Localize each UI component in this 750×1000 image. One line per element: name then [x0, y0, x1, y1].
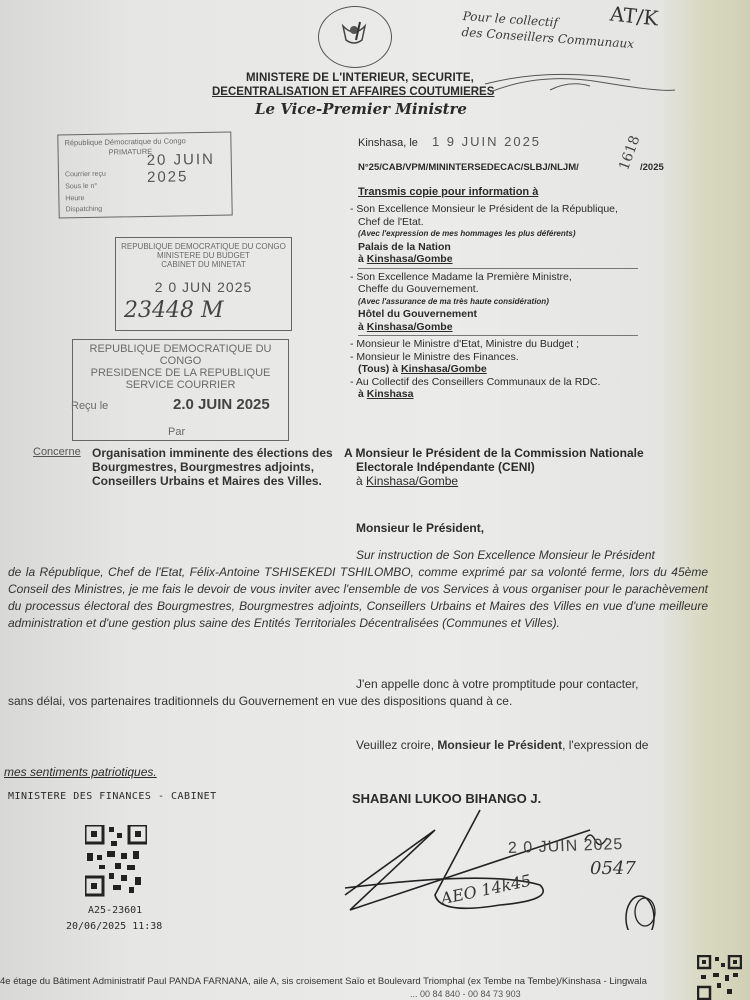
- primature-stamp-label: Sous le n°: [65, 183, 97, 191]
- drc-government-seal-icon: [340, 20, 368, 46]
- recipient-line: Son Excellence Madame la Première Minist…: [356, 271, 571, 283]
- paragraph-1-first-line: Sur instruction de Son Excellence Monsie…: [8, 547, 708, 564]
- recipient-finance-minister: - Monsieur le Ministre des Finances.: [348, 351, 648, 364]
- budget-stamp-line1: REPUBLIQUE DEMOCRATIQUE DU CONGO: [116, 242, 291, 251]
- location-prefix: à: [358, 388, 364, 400]
- reference-number: N°25/CAB/VPM/MININTERSEDECAC/SLBJ/NLJM/: [358, 162, 579, 173]
- recipient-collectif: - Au Collectif des Conseillers Communaux…: [348, 376, 648, 389]
- presidence-stamp-line3: SERVICE COURRIER: [73, 379, 288, 391]
- recipient-line: Monsieur le Ministre d'Etat, Ministre du…: [356, 338, 579, 350]
- presidence-stamp-line2: PRESIDENCE DE LA REPUBLIQUE: [73, 367, 288, 379]
- recipient-line: Monsieur le Ministre des Finances.: [356, 351, 518, 363]
- ministry-name-line1: MINISTERE DE L'INTERIEUR, SECURITE,: [246, 72, 474, 84]
- primature-stamp-date: 20 JUIN 2025: [147, 151, 232, 186]
- paragraph-3: Veuillez croire, Monsieur le Président, …: [8, 737, 708, 754]
- paragraph-1-text: de la République, Chef de l'Etat, Félix-…: [8, 564, 708, 632]
- primature-stamp-label: Dispatching: [66, 206, 103, 214]
- recipient-line: Chef de l'Etat.: [348, 216, 648, 229]
- qr-code-icon: [85, 825, 147, 897]
- handwritten-code: AT/K: [609, 2, 660, 31]
- recipient-location: Kinshasa/Gombe: [401, 363, 487, 375]
- presidence-stamp-date: 2.0 JUIN 2025: [173, 396, 270, 413]
- divider: [358, 268, 638, 269]
- recipient-note: (Avec l'assurance de ma très haute consi…: [348, 296, 648, 309]
- footer-address: 4e étage du Bâtiment Administratif Paul …: [0, 976, 647, 987]
- paragraph-1: Sur instruction de Son Excellence Monsie…: [8, 547, 708, 632]
- addressee-line2: Electorale Indépendante (CENI): [344, 460, 704, 474]
- addressee-location: Kinshasa/Gombe: [366, 474, 458, 488]
- recipient-line: Son Excellence Monsieur le Président de …: [356, 203, 618, 215]
- receipt-datetime: 20/06/2025 11:38: [66, 921, 162, 932]
- presidence-courrier-stamp: REPUBLIQUE DEMOCRATIQUE DU CONGO PRESIDE…: [72, 339, 289, 441]
- paragraph-3-bold: Monsieur le Président: [437, 738, 562, 752]
- location-prefix: à: [356, 474, 363, 488]
- signature-stamp-number: 0547: [590, 858, 636, 879]
- concerne-subject: Organisation imminente des élections des…: [92, 446, 342, 488]
- page-edge-shadow: [690, 0, 750, 1000]
- concerne-label: Concerne: [33, 446, 81, 458]
- presidence-stamp-par-label: Par: [168, 426, 185, 438]
- presidence-stamp-recu-label: Reçu le: [71, 400, 108, 412]
- primature-stamp-label: Heure: [65, 195, 84, 202]
- addressee-line1: A Monsieur le Président de la Commission…: [344, 446, 704, 460]
- recipient-location: Kinshasa: [367, 388, 414, 400]
- budget-stamp-date: 2 0 JUN 2025: [116, 279, 291, 295]
- receipt-title: MINISTERE DES FINANCES - CABINET: [8, 791, 217, 802]
- recipient-prime-minister: - Son Excellence Madame la Première Mini…: [348, 271, 648, 284]
- budget-stamp-line3: CABINET DU MINETAT: [116, 260, 291, 269]
- paragraph-2-first-line: J'en appelle donc à votre promptitude po…: [8, 676, 708, 693]
- presidence-stamp-line1: REPUBLIQUE DEMOCRATIQUE DU CONGO: [73, 343, 288, 367]
- tous-prefix: (Tous) à: [358, 363, 398, 375]
- copy-recipients: - Son Excellence Monsieur le Président d…: [348, 203, 648, 401]
- office-title: Le Vice-Premier Ministre: [255, 100, 467, 118]
- recipient-location: Kinshasa/Gombe: [367, 321, 453, 333]
- qr-code-icon: [697, 955, 742, 1000]
- primature-stamp: République Démocratique du Congo PRIMATU…: [57, 131, 232, 218]
- location-prefix: à: [358, 321, 364, 333]
- copy-title: Transmis copie pour information à: [358, 186, 538, 198]
- paragraph-2-text: sans délai, vos partenaires traditionnel…: [8, 693, 708, 710]
- letter-date: 1 9 JUIN 2025: [432, 134, 541, 149]
- divider: [358, 335, 638, 336]
- place-date: Kinshasa, le1 9 JUIN 2025: [358, 134, 541, 149]
- recipient-line: Cheffe du Gouvernement.: [348, 283, 648, 296]
- receipt-code: A25-23601: [88, 905, 142, 916]
- handwritten-strike-icon: [480, 62, 680, 102]
- addressee: A Monsieur le Président de la Commission…: [344, 446, 704, 488]
- recipient-president: - Son Excellence Monsieur le Président d…: [348, 203, 648, 216]
- paragraph-2: J'en appelle donc à votre promptitude po…: [8, 676, 708, 710]
- recipient-location: Kinshasa/Gombe: [367, 253, 453, 265]
- closing-line: mes sentiments patriotiques.: [4, 765, 157, 779]
- location-prefix: à: [358, 253, 364, 265]
- primature-stamp-label: Courrier reçu: [65, 171, 106, 179]
- budget-stamp-line2: MINISTERE DU BUDGET: [116, 251, 291, 260]
- recipient-building: Hôtel du Gouvernement: [348, 308, 648, 321]
- recipient-note: (Avec l'expression de mes hommages les p…: [348, 228, 648, 241]
- budget-stamp-number: 23448 M: [124, 298, 224, 323]
- recipient-budget-minister: - Monsieur le Ministre d'Etat, Ministre …: [348, 338, 648, 351]
- place-label: Kinshasa, le: [358, 137, 418, 149]
- recipient-building: Palais de la Nation: [348, 241, 648, 254]
- salutation: Monsieur le Président,: [356, 521, 484, 535]
- reference-year: /2025: [640, 162, 664, 173]
- footer-phones: ... 00 84 840 - 00 84 73 903: [410, 989, 521, 999]
- ministry-name-line2: DECENTRALISATION ET AFFAIRES COUTUMIERES: [212, 86, 494, 98]
- paragraph-3-b: , l'expression de: [562, 738, 648, 752]
- budget-ministry-stamp: REPUBLIQUE DEMOCRATIQUE DU CONGO MINISTE…: [115, 237, 292, 331]
- paragraph-3-a: Veuillez croire,: [356, 738, 434, 752]
- primature-stamp-line1: République Démocratique du Congo: [64, 136, 185, 147]
- recipient-line: Au Collectif des Conseillers Communaux d…: [356, 376, 601, 388]
